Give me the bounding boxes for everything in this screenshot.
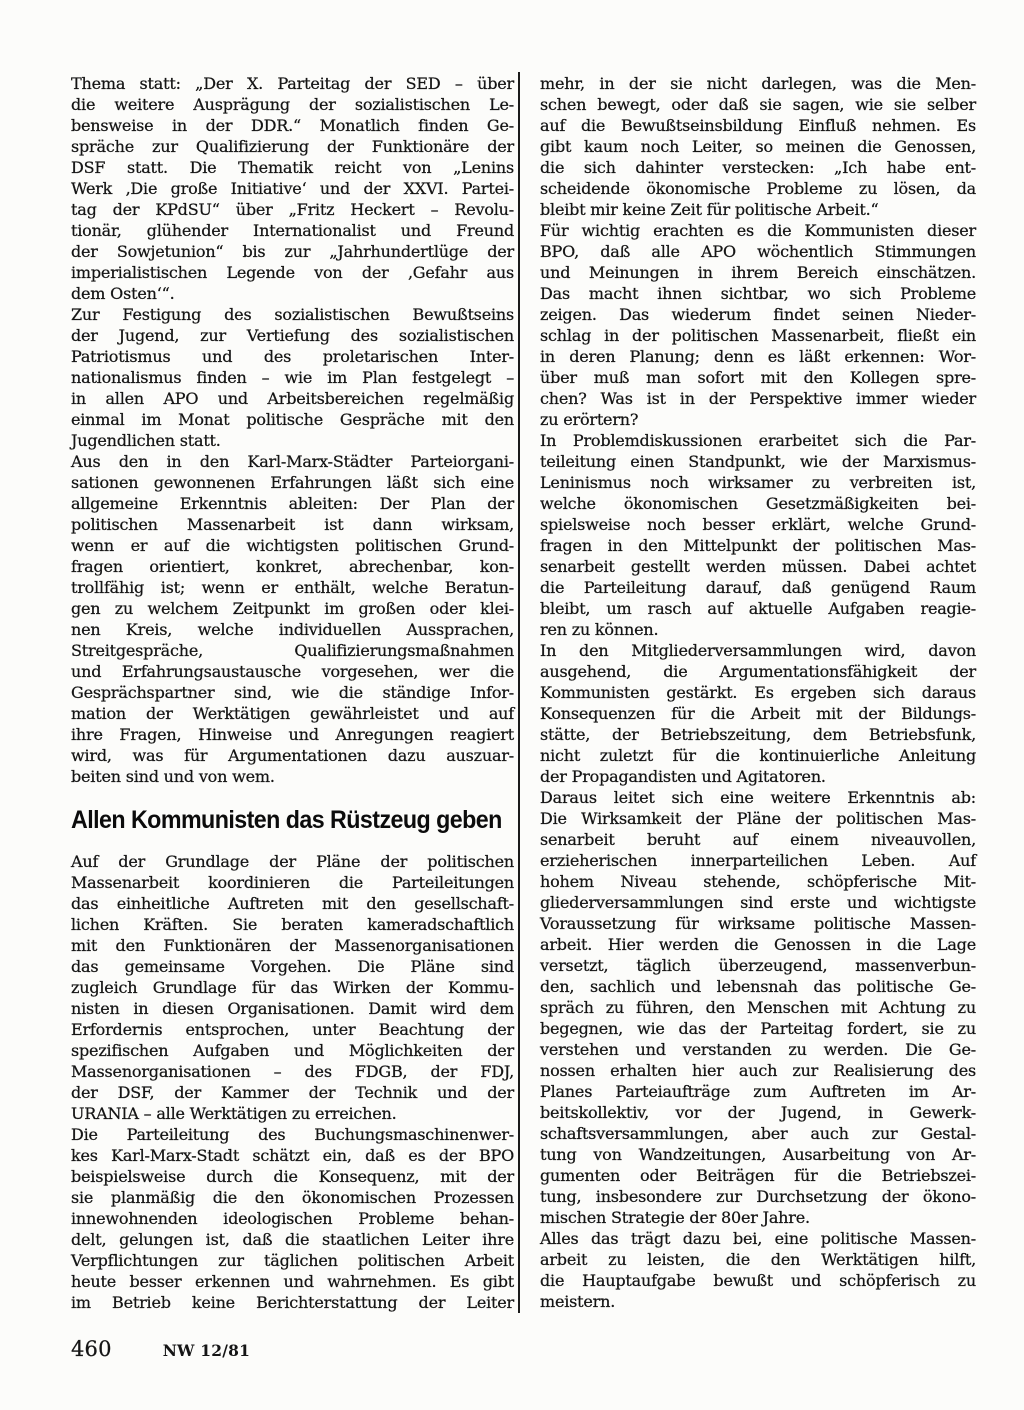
text-line: heute besser erkennen und wahrnehmen. Es… <box>71 1271 514 1292</box>
text-line: gibt kaum noch Leiter, so meinen die Gen… <box>540 136 976 157</box>
text-line: Thema statt: „Der X. Parteitag der SED –… <box>71 73 514 94</box>
text-line: DSF statt. Die Thematik reicht von „Leni… <box>71 157 514 178</box>
page-number: 460 <box>71 1337 112 1361</box>
text-line: imperialistischen Legende von der ‚Gefah… <box>71 262 514 283</box>
text-line: BPO, daß alle APO wöchentlich Stimmungen <box>540 241 976 262</box>
text-line: Zur Festigung des sozialistischen Bewußt… <box>71 304 514 325</box>
text-line: scheidende ökonomische Probleme zu lösen… <box>540 178 976 199</box>
text-line: beiten sind und von wem. <box>71 766 514 787</box>
text-line: erzieherischen innerparteilichen Leben. … <box>540 850 976 871</box>
text-line: innewohnenden ideologischen Probleme beh… <box>71 1208 514 1229</box>
text-line: in allen APO und Arbeitsbereichen regelm… <box>71 388 514 409</box>
text-line: Massenorganisationen – des FDGB, der FDJ… <box>71 1061 514 1082</box>
text-line: fragen orientiert, konkret, abrechenbar,… <box>71 556 514 577</box>
text-line: Streitgespräche, Qualifizierungsmaßnahme… <box>71 640 514 661</box>
text-line: kes Karl-Marx-Stadt schätzt ein, daß es … <box>71 1145 514 1166</box>
text-line: gliederversammlungen sind erste und wich… <box>540 892 976 913</box>
text-line: arbeit. Hier werden die Genossen in die … <box>540 934 976 955</box>
text-line: delt, gelungen ist, daß die staatlichen … <box>71 1229 514 1250</box>
text-line: meistern. <box>540 1291 976 1312</box>
text-line: auf die Bewußtseinsbildung Einfluß nehme… <box>540 115 976 136</box>
text-line: die Parteileitung darauf, daß genügend R… <box>540 577 976 598</box>
text-line: zugleich Grundlage für das Wirken der Ko… <box>71 977 514 998</box>
text-line: tionär, glühender Internationalist und F… <box>71 220 514 241</box>
text-line: tag der KPdSU“ über „Fritz Heckert – Rev… <box>71 199 514 220</box>
issue-label: NW 12/81 <box>163 1341 250 1360</box>
document-page: Thema statt: „Der X. Parteitag der SED –… <box>0 0 1024 1410</box>
text-line: Leninismus noch wirksamer zu verbreiten … <box>540 472 976 493</box>
text-line: mischen Strategie der 80er Jahre. <box>540 1207 976 1228</box>
text-line: zeigen. Das wiederum findet seinen Niede… <box>540 304 976 325</box>
text-line: schlag in der politischen Massenarbeit, … <box>540 325 976 346</box>
right-column: mehr, in der sie nicht darlegen, was die… <box>540 73 976 1312</box>
text-line: mit den Funktionären der Massenorganisat… <box>71 935 514 956</box>
text-line: begegnen, wie das der Parteitag fordert,… <box>540 1018 976 1039</box>
text-line: welche ökonomischen Gesetzmäßigkeiten be… <box>540 493 976 514</box>
text-line: Erfordernis entsprochen, unter Beachtung… <box>71 1019 514 1040</box>
text-line: in deren Planung; denn es läßt erkennen:… <box>540 346 976 367</box>
text-line: teileitung einen Standpunkt, wie der Mar… <box>540 451 976 472</box>
text-line: ihre Fragen, Hinweise und Anregungen rea… <box>71 724 514 745</box>
text-line: bleibt mir keine Zeit für politische Arb… <box>540 199 976 220</box>
text-line: dem Osten‘“. <box>71 283 514 304</box>
text-line: nossen erhalten hier auch zur Realisieru… <box>540 1060 976 1081</box>
text-line: den, sachlich und lebensnah das politisc… <box>540 976 976 997</box>
text-line: einmal im Monat politische Gespräche mit… <box>71 409 514 430</box>
text-line: Für wichtig erachten es die Kommunisten … <box>540 220 976 241</box>
text-line: die sich dahinter verstecken: „Ich habe … <box>540 157 976 178</box>
text-line: beispielsweise durch die Konsequenz, mit… <box>71 1166 514 1187</box>
text-line: der Propagandisten und Agitatoren. <box>540 766 976 787</box>
text-line: tung von Wandzeitungen, Ausarbeitung von… <box>540 1144 976 1165</box>
text-line: senarbeit beruht auf einem niveauvollen, <box>540 829 976 850</box>
text-line: Das macht ihnen sichtbar, wo sich Proble… <box>540 283 976 304</box>
text-line: Verpflichtungen zur täglichen politische… <box>71 1250 514 1271</box>
text-line: mation der Werktätigen gewährleistet und… <box>71 703 514 724</box>
text-line: der Sowjetunion“ bis zur „Jahrhundertlüg… <box>71 241 514 262</box>
text-line: Kommunisten gestärkt. Es ergeben sich da… <box>540 682 976 703</box>
text-line: das einheitliche Auftreten mit den gesel… <box>71 893 514 914</box>
text-line: sie planmäßig die den ökonomischen Proze… <box>71 1187 514 1208</box>
text-line: nen Kreis, welche individuellen Aussprac… <box>71 619 514 640</box>
text-line: bleibt, um rasch auf aktuelle Aufgaben r… <box>540 598 976 619</box>
text-line: stätte, der Betriebszeitung, dem Betrieb… <box>540 724 976 745</box>
text-line: Patriotismus und des proletarischen Inte… <box>71 346 514 367</box>
text-line: Daraus leitet sich eine weitere Erkenntn… <box>540 787 976 808</box>
text-line: schaftsversammlungen, aber auch zur Gest… <box>540 1123 976 1144</box>
text-line: spielsweise noch besser erklärt, welche … <box>540 514 976 535</box>
text-line: der DSF, der Kammer der Technik und der <box>71 1082 514 1103</box>
text-line: spräch zu führen, den Menschen mit Achtu… <box>540 997 976 1018</box>
text-line: wird, was für Argumentationen dazu auszu… <box>71 745 514 766</box>
text-line: ausgehend, die Argumentationsfähigkeit d… <box>540 661 976 682</box>
text-line: beitskollektiv, vor der Jugend, in Gewer… <box>540 1102 976 1123</box>
text-line: hohem Niveau stehende, schöpferische Mit… <box>540 871 976 892</box>
text-line: spezifischen Aufgaben und Möglichkeiten … <box>71 1040 514 1061</box>
text-line: sationen gewonnenen Erfahrungen läßt sic… <box>71 472 514 493</box>
text-line: allgemeine Erkenntnis ableiten: Der Plan… <box>71 493 514 514</box>
text-line: die Hauptaufgabe bewußt und schöpferisch… <box>540 1270 976 1291</box>
text-line: Voraussetzung für wirksame politische Ma… <box>540 913 976 934</box>
text-line: versetzt, täglich überzeugend, massenver… <box>540 955 976 976</box>
text-line: zu erörtern? <box>540 409 976 430</box>
text-line: nisten in diesen Organisationen. Damit w… <box>71 998 514 1019</box>
text-line: chen? Was ist in der Perspektive immer w… <box>540 388 976 409</box>
text-line: das gemeinsame Vorgehen. Die Pläne sind <box>71 956 514 977</box>
text-line: arbeit zu leisten, die den Werktätigen h… <box>540 1249 976 1270</box>
text-line: lichen Kräften. Sie beraten kameradschaf… <box>71 914 514 935</box>
text-line: Die Wirksamkeit der Pläne der politische… <box>540 808 976 829</box>
section-heading: Allen Kommunisten das Rüstzeug geben <box>71 807 483 833</box>
text-line: ren zu können. <box>540 619 976 640</box>
text-line: tung, insbesondere zur Durchsetzung der … <box>540 1186 976 1207</box>
text-line: bensweise in der DDR.“ Monatlich finden … <box>71 115 514 136</box>
text-line: Planes Parteiaufträge zum Auftreten im A… <box>540 1081 976 1102</box>
text-line: URANIA – alle Werktätigen zu erreichen. <box>71 1103 514 1124</box>
column-divider-rule <box>518 72 520 1313</box>
text-line: gumenten oder Beiträgen für die Betriebs… <box>540 1165 976 1186</box>
text-line: mehr, in der sie nicht darlegen, was die… <box>540 73 976 94</box>
text-line: und Meinungen in ihrem Bereich einschätz… <box>540 262 976 283</box>
text-line: Massenarbeit koordinieren die Parteileit… <box>71 872 514 893</box>
text-line: spräche zur Qualifizierung der Funktionä… <box>71 136 514 157</box>
text-line: wenn er auf die wichtigsten politischen … <box>71 535 514 556</box>
text-line: politischen Massenarbeit ist dann wirksa… <box>71 514 514 535</box>
text-line: über muß man sofort mit den Kollegen spr… <box>540 367 976 388</box>
text-line: nationalismus finden – wie im Plan festg… <box>71 367 514 388</box>
text-line: trollfähig ist; wenn er enthält, welche … <box>71 577 514 598</box>
text-line: Alles das trägt dazu bei, eine politisch… <box>540 1228 976 1249</box>
text-line: und Erfahrungsaustausche vorgesehen, wer… <box>71 661 514 682</box>
text-line: senarbeit gestellt werden müssen. Dabei … <box>540 556 976 577</box>
text-line: fragen in den Mittelpunkt der politische… <box>540 535 976 556</box>
text-line: schen bewegt, oder daß sie sagen, wie si… <box>540 94 976 115</box>
text-line: Werk ‚Die große Initiative‘ und der XXVI… <box>71 178 514 199</box>
text-line: Jugendlichen statt. <box>71 430 514 451</box>
text-line: Auf der Grundlage der Pläne der politisc… <box>71 851 514 872</box>
text-line: Gesprächspartner sind, wie die ständige … <box>71 682 514 703</box>
text-line: Konsequenzen für die Arbeit mit der Bild… <box>540 703 976 724</box>
text-line: verstehen und verstanden zu werden. Die … <box>540 1039 976 1060</box>
text-line: die weitere Ausprägung der sozialistisch… <box>71 94 514 115</box>
text-line: im Betrieb keine Berichterstattung der L… <box>71 1292 514 1313</box>
left-column: Thema statt: „Der X. Parteitag der SED –… <box>71 73 514 1313</box>
page-footer: 460 NW 12/81 <box>71 1337 250 1361</box>
text-line: nicht zuletzt für die kontinuierliche An… <box>540 745 976 766</box>
text-line: der Jugend, zur Vertiefung des sozialist… <box>71 325 514 346</box>
text-line: Aus den in den Karl-Marx-Städter Parteio… <box>71 451 514 472</box>
text-line: In Problemdiskussionen erarbeitet sich d… <box>540 430 976 451</box>
text-line: In den Mitgliederversammlungen wird, dav… <box>540 640 976 661</box>
text-line: gen zu welchem Zeitpunkt im großen oder … <box>71 598 514 619</box>
text-line: Die Parteileitung des Buchungsmaschinenw… <box>71 1124 514 1145</box>
